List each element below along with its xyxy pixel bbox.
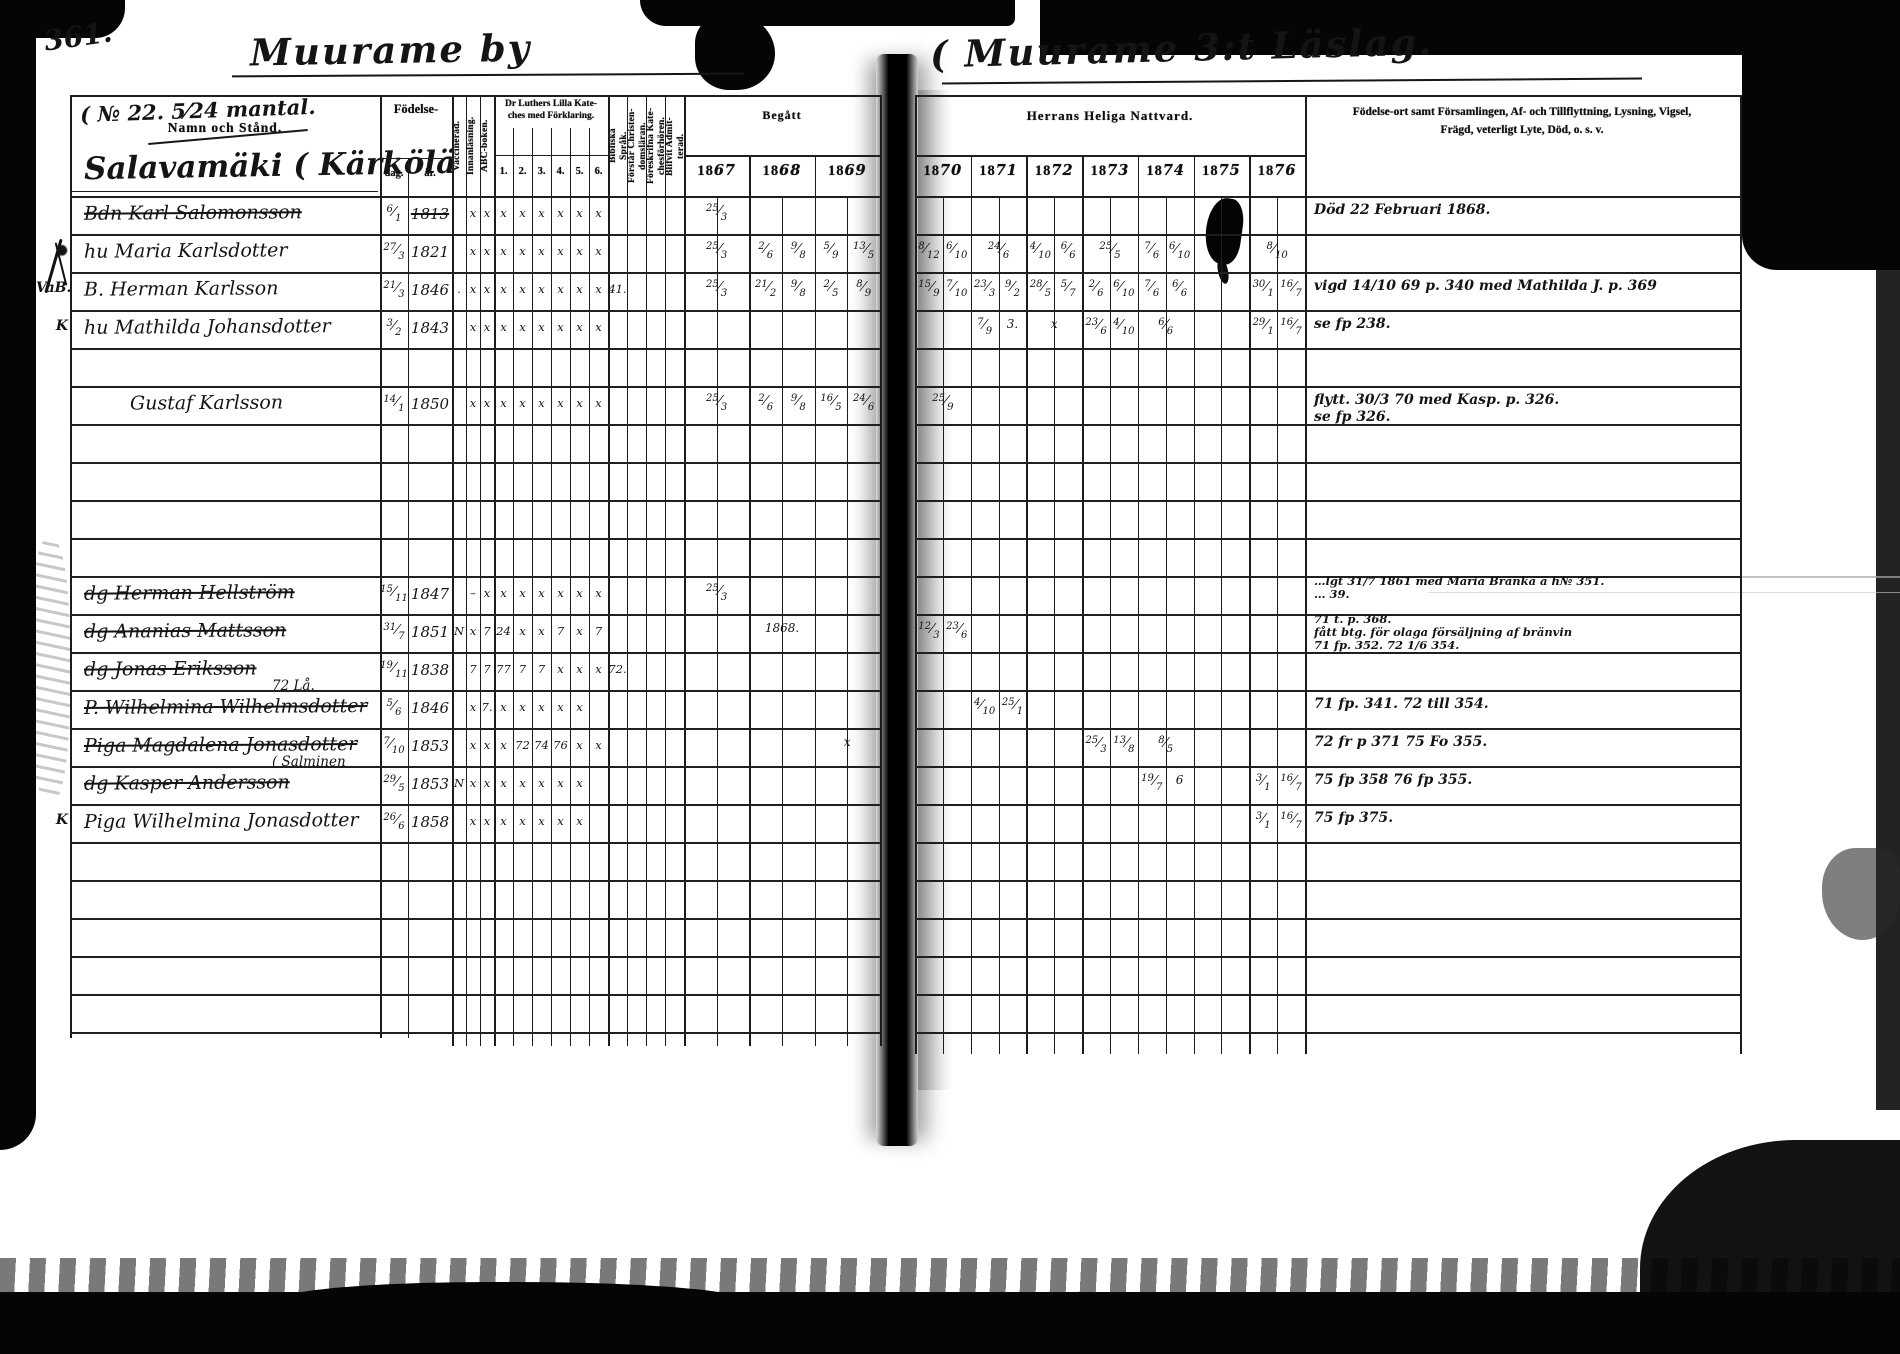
scan-border-left	[0, 0, 36, 1150]
birth-year: 1813	[406, 205, 454, 223]
check-mark: x	[466, 282, 480, 296]
grid-vline	[380, 95, 382, 1038]
communion-date: 8⁄5	[1138, 733, 1194, 755]
date-fraction: 16⁄7	[1280, 809, 1301, 828]
birth-year: 1846	[406, 699, 454, 717]
row-name: Gustaf Karlsson	[130, 391, 283, 414]
grid-hline	[70, 310, 880, 312]
check-mark: 74	[532, 738, 551, 752]
year-label: 1872	[1026, 162, 1082, 180]
note-line: Död 22 Februari 1868.	[1314, 202, 1490, 218]
row-name: dg Jonas Eriksson	[84, 657, 257, 680]
date-fraction: 21⁄3	[383, 278, 404, 297]
year-label-part: 18	[1035, 163, 1052, 179]
communion-date: 9⁄2	[999, 277, 1027, 299]
grid-hline	[915, 348, 1740, 350]
admitted-column-header: Blifvit Admit-terad.	[665, 98, 684, 194]
check-mark: x	[532, 244, 551, 258]
grid-hline	[70, 918, 880, 920]
communion-date: 5⁄9	[815, 239, 848, 261]
check-mark: 7	[589, 624, 608, 638]
communion-date: 21⁄2	[749, 277, 782, 299]
check-mark: 77	[494, 662, 513, 676]
catechism-exams-column-header: Föreskrifna Kate-chesförhören.	[646, 98, 665, 194]
name-column-header: Namn och Stånd.	[70, 120, 380, 136]
check-mark: x	[466, 206, 480, 220]
date-fraction: 6	[1176, 773, 1184, 787]
communion-date: 16⁄7	[1277, 277, 1305, 299]
date-fraction: 5⁄6	[387, 696, 402, 715]
year-label-part: 18	[979, 163, 996, 179]
communion-date: 8⁄9	[847, 277, 880, 299]
check-mark: x	[480, 244, 494, 258]
communion-date: 12⁄3	[915, 619, 943, 641]
grid-hline	[70, 690, 880, 692]
date-fraction: 8⁄12	[918, 239, 939, 258]
date-fraction: 1868.	[765, 621, 799, 635]
note-line: 71 fp. 341. 72 till 354.	[1314, 696, 1489, 712]
grid-hline	[915, 538, 1740, 540]
communion-date: 7⁄9	[971, 315, 999, 337]
check-mark: x	[589, 244, 608, 258]
date-fraction: 25⁄3	[706, 239, 727, 258]
date-fraction: 16⁄7	[1280, 771, 1301, 790]
communion-date: 5⁄7	[1054, 277, 1082, 299]
date-fraction: 25⁄3	[706, 581, 727, 600]
check-mark: x	[466, 700, 480, 714]
grid-hline	[70, 348, 880, 350]
date-fraction: 25⁄5	[1099, 239, 1120, 258]
communion-date: x	[1026, 315, 1082, 333]
date-fraction: 27⁄3	[383, 240, 404, 259]
birth-year: 1858	[406, 813, 454, 831]
communion-date: 6⁄10	[1166, 239, 1194, 261]
check-mark: x	[570, 662, 589, 676]
grid-hline	[684, 155, 880, 157]
communion-date: 4⁄10	[1110, 315, 1138, 337]
check-mark: 7	[480, 624, 494, 638]
catechism-number: 6.	[589, 166, 608, 177]
check-mark: 76	[551, 738, 570, 752]
scan-border-right	[1742, 0, 1900, 270]
grid-hline	[915, 196, 1740, 198]
birth-year: 1821	[406, 243, 454, 261]
communion-date: 6⁄10	[943, 239, 971, 261]
communion-date: 16⁄7	[1277, 771, 1305, 793]
check-mark: x	[494, 396, 513, 410]
check-mark: x	[513, 586, 532, 600]
check-mark: 7	[532, 662, 551, 676]
date-fraction: 13⁄8	[1113, 733, 1134, 752]
year-label: 1873	[1082, 162, 1138, 180]
note-line: se fp 326.	[1314, 409, 1390, 425]
date-fraction: 7⁄6	[1144, 239, 1159, 258]
check-mark: x	[466, 814, 480, 828]
grid-hline	[70, 1032, 880, 1034]
date-fraction: 2⁄6	[758, 391, 773, 410]
check-mark: x	[551, 320, 570, 334]
date-fraction: 6⁄6	[1172, 277, 1187, 296]
grid-hline	[72, 191, 378, 192]
check-mark: x	[532, 814, 551, 828]
birth-column-header: Födelse-	[380, 102, 452, 117]
check-mark: x	[494, 244, 513, 258]
communion-date: 6⁄6	[1138, 315, 1194, 337]
date-fraction: 6⁄1	[387, 202, 402, 221]
row-name-annotation: ( Salminen	[272, 754, 346, 770]
scanned-ledger-spread: { "page_left": { "page_number": "361.", …	[0, 0, 1900, 1354]
check-mark: x	[466, 624, 480, 638]
grid-vline	[1305, 95, 1307, 1054]
year-label-part: 18	[1258, 163, 1275, 179]
birth-year: 1846	[406, 281, 454, 299]
year-label-part: 18	[1146, 163, 1163, 179]
date-fraction: 25⁄9	[932, 391, 953, 410]
scan-border-bottom-right	[1640, 1140, 1900, 1354]
year-label-part: 69	[844, 162, 866, 179]
note-line: … 39.	[1314, 587, 1350, 601]
note-line: fått btg. för olaga försäljning af bränv…	[1314, 625, 1572, 639]
grid-hline	[915, 728, 1740, 730]
date-fraction: 9⁄8	[791, 391, 806, 410]
check-mark: x	[570, 244, 589, 258]
note-line: 75 fp 358 76 fp 355.	[1314, 772, 1472, 788]
grid-vline	[452, 95, 454, 1046]
check-mark: x	[480, 396, 494, 410]
check-mark: x	[466, 738, 480, 752]
check-mark: x	[494, 814, 513, 828]
grid-hline	[915, 918, 1740, 920]
scan-torn-edge-bottom	[0, 1258, 1900, 1294]
communion-date: 24⁄6	[847, 391, 880, 413]
row-name: Bdn Karl Salomonsson	[84, 201, 302, 225]
check-mark: 7	[513, 662, 532, 676]
grid-hline	[380, 158, 452, 159]
margin-mark: K	[36, 318, 68, 334]
communion-date: 24⁄6	[971, 239, 1027, 261]
year-label-part: 18	[1091, 163, 1108, 179]
check-mark: x	[513, 282, 532, 296]
year-label-part: 72	[1051, 162, 1073, 179]
check-mark: x	[570, 206, 589, 220]
communion-date: 2⁄6	[749, 239, 782, 261]
row-name: dg Herman Hellström	[84, 581, 295, 604]
check-mark: x	[466, 320, 480, 334]
grid-vline	[627, 95, 628, 1046]
check-mark: x	[494, 700, 513, 714]
communion-date: 25⁄3	[684, 201, 749, 223]
check-mark: x	[480, 586, 494, 600]
catechism-number: 5.	[570, 166, 589, 177]
year-label: 1869	[815, 162, 880, 180]
catechism-number: 1.	[494, 166, 513, 177]
date-fraction: 6⁄10	[1169, 239, 1190, 258]
communion-date: 30⁄1	[1249, 277, 1277, 299]
birth-year: 1843	[406, 319, 454, 337]
check-mark: x	[480, 738, 494, 752]
check-mark: x	[551, 776, 570, 790]
check-mark: x	[570, 776, 589, 790]
grid-vline	[1740, 95, 1742, 1054]
grid-hline	[915, 1032, 1740, 1034]
grid-hline	[70, 652, 880, 654]
birth-year: 1853	[406, 737, 454, 755]
check-mark: x	[551, 282, 570, 296]
date-fraction: 29⁄5	[383, 772, 404, 791]
communion-date: 3.	[999, 315, 1027, 333]
communion-date: 25⁄1	[999, 695, 1027, 717]
communion-date: 6⁄6	[1054, 239, 1082, 261]
check-mark: x	[551, 814, 570, 828]
date-fraction: 6⁄10	[946, 239, 967, 258]
check-mark: x	[532, 776, 551, 790]
grid-hline	[915, 956, 1740, 958]
grid-hline	[915, 880, 1740, 882]
note-line: 71 fp. 352. 72 1/6 354.	[1314, 638, 1459, 652]
check-mark: x	[589, 662, 608, 676]
grid-vline	[70, 95, 72, 1038]
check-mark: x	[480, 814, 494, 828]
biblical-verses-column-header: BibliskaSpråk.	[608, 98, 627, 194]
margin-mark: ●	[36, 242, 68, 258]
date-fraction: 29⁄1	[1253, 315, 1274, 334]
date-fraction: 3⁄1	[1256, 809, 1271, 828]
row-name: hu Maria Karlsdotter	[84, 239, 288, 262]
birth-year: 1838	[406, 661, 454, 679]
check-mark: 7	[551, 624, 570, 638]
year-label: 1874	[1138, 162, 1194, 180]
year-label-part: 68	[779, 162, 801, 179]
year-label: 1871	[971, 162, 1027, 180]
scan-border-right-strip	[1876, 260, 1900, 1110]
understands-doctrine-column-header: Förstår Christen-domsläran.	[627, 98, 646, 194]
grid-hline	[70, 386, 880, 388]
check-mark: .	[452, 282, 466, 296]
check-mark: x	[480, 776, 494, 790]
check-mark: x	[570, 320, 589, 334]
communion-date: 25⁄9	[915, 391, 971, 413]
communion-date: 16⁄5	[815, 391, 848, 413]
grid-hline	[70, 196, 880, 198]
row-name-annotation: 72 Lå.	[272, 678, 315, 694]
grid-vline	[480, 95, 481, 1046]
check-mark: x	[480, 206, 494, 220]
year-label-part: 70	[940, 162, 962, 179]
check-mark: x	[570, 814, 589, 828]
check-mark: x	[589, 206, 608, 220]
book-gutter	[876, 54, 918, 1146]
communion-date: 2⁄6	[1082, 277, 1110, 299]
grid-hline	[915, 994, 1740, 996]
date-fraction: x	[1051, 317, 1058, 331]
check-mark: x	[532, 700, 551, 714]
year-label-part: 18	[924, 163, 941, 179]
check-mark: x	[513, 244, 532, 258]
check-mark: x	[480, 282, 494, 296]
communion-date: 25⁄3	[684, 239, 749, 261]
grid-hline	[915, 462, 1740, 464]
birth-year: 1847	[406, 585, 454, 603]
communion-date: 3⁄1	[1249, 771, 1277, 793]
check-mark: x	[551, 206, 570, 220]
catechism-number: 2.	[513, 166, 532, 177]
check-mark: 24	[494, 624, 513, 638]
grid-hline	[915, 652, 1740, 654]
date-fraction: 6⁄6	[1158, 315, 1173, 334]
communion-date: 25⁄3	[684, 277, 749, 299]
year-label: 1867	[684, 162, 749, 180]
communion-date: 23⁄6	[943, 619, 971, 641]
scan-blob-gutter-top	[695, 14, 775, 90]
note-line: flytt. 30/3 70 med Kasp. p. 326.	[1314, 392, 1559, 408]
date-fraction: x	[844, 735, 851, 749]
check-mark: –	[466, 586, 480, 600]
reading-column-header: Innanläsning.	[466, 98, 480, 194]
date-fraction: 2⁄6	[1089, 277, 1104, 296]
year-label-part: 18	[697, 163, 714, 179]
note-line: 72 fr p 371 75 Fo 355.	[1314, 734, 1487, 750]
grid-hline	[915, 690, 1740, 692]
grid-hline	[915, 804, 1740, 806]
margin-mark: K	[36, 812, 68, 828]
communion-date: x	[815, 733, 880, 751]
scan-blob-bottom-left	[280, 1282, 750, 1322]
date-fraction: 8⁄5	[1158, 733, 1173, 752]
check-mark: x	[494, 282, 513, 296]
note-line: vigd 14/10 69 p. 340 med Mathilda J. p. …	[1314, 278, 1657, 294]
communion-date: 4⁄10	[971, 695, 999, 717]
check-mark: x	[570, 738, 589, 752]
grid-vline	[684, 95, 686, 1046]
year-label-part: 76	[1274, 162, 1296, 179]
year-label-part: 73	[1107, 162, 1129, 179]
row-name: Piga Wilhelmina Jonasdotter	[84, 809, 359, 833]
communion-date: 29⁄1	[1249, 315, 1277, 337]
check-mark: x	[551, 700, 570, 714]
check-mark: 41.	[608, 282, 627, 296]
date-fraction: 7⁄10	[383, 734, 404, 753]
communion-date: 15⁄9	[915, 277, 943, 299]
grid-hline	[70, 994, 880, 996]
date-fraction: 5⁄9	[824, 239, 839, 258]
grid-vline	[880, 95, 882, 1046]
check-mark: 7	[466, 662, 480, 676]
grid-hline	[915, 234, 1740, 236]
communion-label-right: Herrans Heliga Nattvard.	[915, 108, 1305, 124]
check-mark: 7.	[480, 700, 494, 714]
check-mark: x	[466, 244, 480, 258]
row-name: hu Mathilda Johansdotter	[84, 315, 331, 339]
right-title-underline	[942, 78, 1642, 85]
year-label-part: 75	[1219, 162, 1241, 179]
communion-date: 8⁄12	[915, 239, 943, 261]
year-label-part: 18	[828, 163, 845, 179]
check-mark: x	[513, 206, 532, 220]
grid-vline	[1221, 196, 1222, 1054]
year-label-part: 71	[996, 162, 1018, 179]
check-mark: x	[532, 624, 551, 638]
birth-year: 1851	[406, 623, 454, 641]
row-name: dg Kasper Andersson	[84, 771, 290, 794]
date-fraction: 26⁄6	[383, 810, 404, 829]
communion-date: 7⁄6	[1138, 239, 1166, 261]
communion-date: 7⁄6	[1138, 277, 1166, 299]
grid-hline	[915, 272, 1740, 274]
date-fraction: 4⁄10	[1113, 315, 1134, 334]
note-line: …lgt 31/7 1861 med Maria Branka ä h№ 351…	[1314, 574, 1604, 588]
date-fraction: 28⁄5	[1030, 277, 1051, 296]
date-fraction: 25⁄3	[706, 201, 727, 220]
date-fraction: 23⁄3	[974, 277, 995, 296]
birth-year: 1850	[406, 395, 454, 413]
right-page-title: ( Muurame 3:t Läslag.	[930, 19, 1434, 76]
check-mark: x	[570, 586, 589, 600]
check-mark: x	[532, 206, 551, 220]
communion-date: 6⁄6	[1166, 277, 1194, 299]
date-fraction: 9⁄8	[791, 239, 806, 258]
check-mark: x	[551, 244, 570, 258]
date-fraction: 16⁄5	[820, 391, 841, 410]
check-mark: x	[494, 206, 513, 220]
grid-hline	[70, 766, 880, 768]
left-page-title: Muurame by	[250, 26, 532, 75]
communion-date: 9⁄8	[782, 391, 815, 413]
date-fraction: 15⁄9	[918, 277, 939, 296]
grid-vline	[665, 95, 666, 1046]
communion-date: 9⁄8	[782, 239, 815, 261]
check-mark: x	[494, 320, 513, 334]
check-mark: x	[551, 586, 570, 600]
date-fraction: 7⁄6	[1144, 277, 1159, 296]
grid-hline	[915, 310, 1740, 312]
scan-blob-right-mid	[1822, 848, 1900, 940]
grid-hline	[70, 728, 880, 730]
check-mark: x	[513, 396, 532, 410]
grid-hline	[70, 234, 880, 236]
grid-vline	[646, 95, 647, 1046]
check-mark: x	[513, 814, 532, 828]
date-fraction: 4⁄10	[1030, 239, 1051, 258]
check-mark: 7	[480, 662, 494, 676]
communion-date: 2⁄6	[749, 391, 782, 413]
check-mark: x	[551, 662, 570, 676]
vaccinated-column-header: Vaccinerad.	[452, 98, 466, 194]
communion-date: 25⁄3	[684, 581, 749, 603]
date-fraction: 8⁄9	[856, 277, 871, 296]
grid-vline	[494, 95, 496, 1046]
year-label: 1868	[749, 162, 814, 180]
grid-vline	[466, 95, 467, 1046]
communion-date: 23⁄6	[1082, 315, 1110, 337]
date-fraction: 25⁄3	[706, 277, 727, 296]
date-fraction: 7⁄10	[946, 277, 967, 296]
check-mark: x	[589, 320, 608, 334]
year-label: 1876	[1249, 162, 1305, 180]
note-line: se fp 238.	[1314, 316, 1390, 332]
row-name: P. Wilhelmina Wilhelmsdotter	[84, 695, 368, 719]
grid-hline	[70, 842, 880, 844]
grid-hline	[70, 424, 880, 426]
check-mark: x	[513, 320, 532, 334]
year-label: 1875	[1194, 162, 1250, 180]
catechism-number: 3.	[532, 166, 551, 177]
check-mark: x	[570, 396, 589, 410]
check-mark: x	[532, 282, 551, 296]
check-mark: x	[589, 586, 608, 600]
grid-hline	[915, 766, 1740, 768]
paper-crease-line-2	[1428, 592, 1900, 593]
date-fraction: 15⁄11	[380, 582, 408, 601]
